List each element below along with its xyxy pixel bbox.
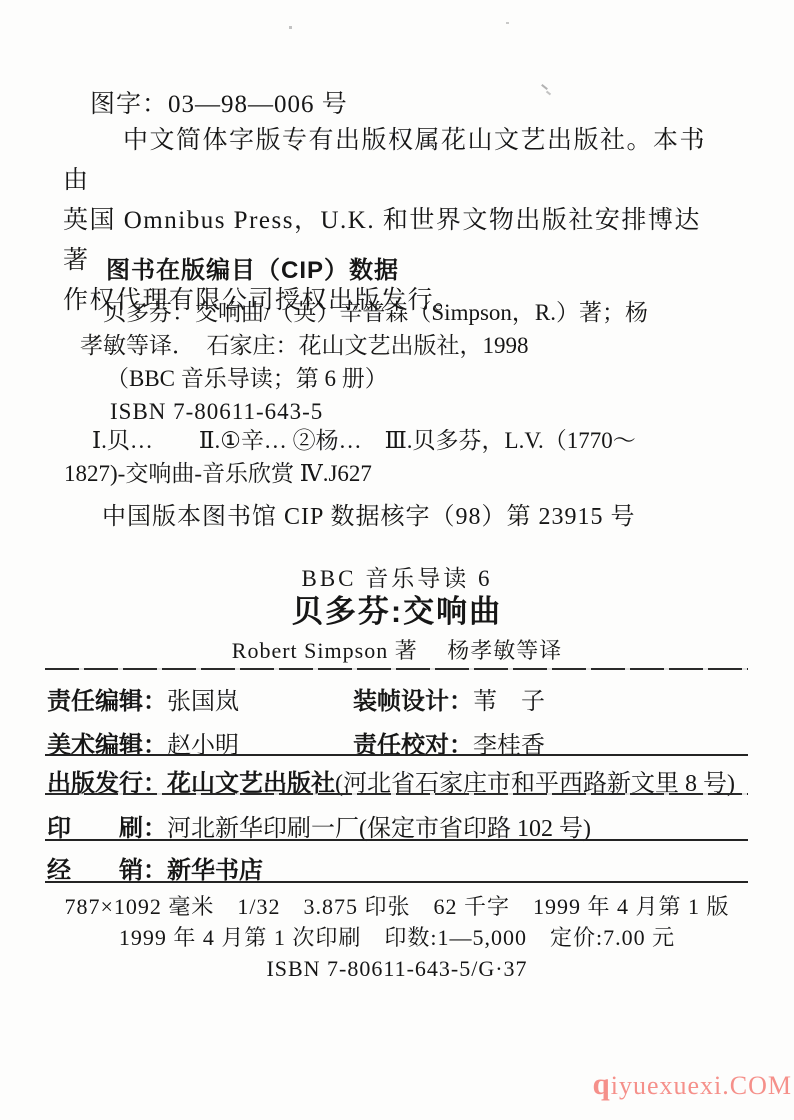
divider-rule (45, 839, 748, 841)
staff-cell: 责任编辑：张国岚 (47, 681, 353, 716)
cip-class-line: 1827)-交响曲-音乐欣赏 Ⅳ.J627 (64, 457, 744, 490)
divider-rule (45, 881, 748, 883)
printer-row: 印 刷：河北新华印刷一厂(保定市省印路 102 号) (47, 808, 767, 843)
staff-label: 责任编辑： (47, 688, 167, 715)
staff-label: 装帧设计： (353, 688, 473, 715)
scan-speck (289, 26, 292, 29)
register-number: 图字：03—98—006 号 (90, 84, 348, 120)
scan-speck (546, 91, 551, 96)
distributor-value: 新华书店 (167, 857, 263, 884)
divider-rule (45, 668, 748, 670)
printer-label: 印 刷： (47, 815, 167, 842)
copyright-notice: 中文简体字版专有出版权属花山文艺出版社。本书由 英国 Omnibus Press… (63, 121, 719, 321)
copyright-line: 中文简体字版专有出版权属花山文艺出版社。本书由 (63, 121, 719, 201)
watermark-lead: q (592, 1066, 610, 1101)
scan-speck (506, 22, 509, 24)
book-title: 贝多芬:交响曲 (0, 586, 794, 631)
staff-value: 苇 子 (473, 689, 545, 715)
cip-entry: 贝多芬：交响曲/（英）辛普森（Simpson，R.）著；杨 孝敏等译． 石家庄：… (80, 296, 740, 428)
divider-rule (45, 754, 748, 756)
distributor-row: 经 销：新华书店 (47, 850, 767, 885)
divider-rule (45, 793, 748, 795)
watermark-rest: iyuexuexi.COM (611, 1071, 792, 1100)
site-watermark: qiyuexuexi.COM (592, 1066, 792, 1102)
staff-row: 责任编辑：张国岚 装帧设计：苇 子 (47, 681, 747, 716)
book-copyright-page: 图字：03—98—006 号 中文简体字版专有出版权属花山文艺出版社。本书由 英… (0, 0, 794, 1120)
cip-entry-line: 贝多芬：交响曲/（英）辛普森（Simpson，R.）著；杨 (103, 296, 740, 329)
staff-cell: 装帧设计：苇 子 (353, 681, 545, 716)
print-colophon: 787×1092 毫米 1/32 3.875 印张 62 千字 1999 年 4… (0, 891, 794, 984)
distributor-label: 经 销： (47, 857, 167, 884)
staff-value: 张国岚 (167, 689, 239, 715)
impression-price-line: 1999 年 4 月第 1 次印刷 印数:1—5,000 定价:7.00 元 (0, 922, 794, 953)
cip-heading: 图书在版编目（CIP）数据 (106, 250, 399, 285)
isbn-line: ISBN 7-80611-643-5/G·37 (0, 953, 794, 984)
author-translator-line: Robert Simpson 著 杨孝敏等译 (0, 634, 794, 665)
format-printrun-line: 787×1092 毫米 1/32 3.875 印张 62 千字 1999 年 4… (0, 891, 794, 922)
scan-speck (541, 84, 548, 90)
cip-class-line: Ⅰ.贝… Ⅱ.①辛… ②杨… Ⅲ.贝多芬，L.V.（1770～ (92, 424, 744, 457)
cip-record-number: 中国版本图书馆 CIP 数据核字（98）第 23915 号 (102, 496, 635, 531)
cip-classification: Ⅰ.贝… Ⅱ.①辛… ②杨… Ⅲ.贝多芬，L.V.（1770～ 1827)-交响… (64, 424, 744, 490)
cip-entry-line: （BBC 音乐导读；第 6 册） (106, 362, 740, 395)
cip-entry-line: 孝敏等译． 石家庄：花山文艺出版社，1998 (80, 329, 740, 362)
